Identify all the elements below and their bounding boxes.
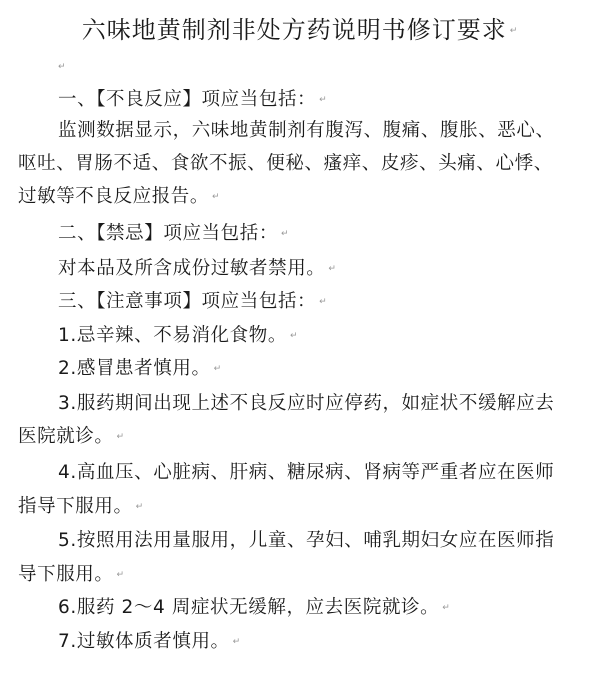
title-text: 六味地黄制剂非处方药说明书修订要求 xyxy=(82,16,507,44)
paragraph-mark-icon: ↵ xyxy=(214,364,222,374)
heading-text: 一、【不良反应】项应当包括： xyxy=(58,89,316,110)
paragraph-mark-icon: ↵ xyxy=(319,297,327,307)
line-text: 过敏等不良反应报告。 xyxy=(18,186,209,207)
document-title: 六味地黄制剂非处方药说明书修订要求↵ xyxy=(0,12,600,49)
paragraph-mark-icon: ↵ xyxy=(117,570,125,580)
body-line: 呕吐、胃肠不适、食欲不振、便秘、瘙痒、皮疹、头痛、心悸、 xyxy=(18,151,588,177)
line-text: 对本品及所含成份过敏者禁用。 xyxy=(58,258,325,279)
line-text: 6.服药 2～4 周症状无缓解，应去医院就诊。 xyxy=(58,597,439,618)
body-line: 过敏等不良反应报告。↵ xyxy=(18,184,588,210)
precaution-item-3: 3.服药期间出现上述不良反应时应停药，如症状不缓解应去 xyxy=(58,391,600,417)
paragraph-mark-icon: ↵ xyxy=(442,603,450,613)
body-line: 监测数据显示，六味地黄制剂有腹泻、腹痛、腹胀、恶心、 xyxy=(58,118,600,144)
section-heading-contraindications: 二、【禁忌】项应当包括：↵ xyxy=(58,221,600,247)
precaution-item-7: 7.过敏体质者慎用。↵ xyxy=(58,629,600,655)
precaution-item-1: 1.忌辛辣、不易消化食物。↵ xyxy=(58,323,600,349)
section-heading-adverse-reactions: 一、【不良反应】项应当包括：↵ xyxy=(58,87,600,113)
paragraph-mark-icon: ↵ xyxy=(58,62,66,72)
paragraph-mark-icon: ↵ xyxy=(328,264,336,274)
paragraph-mark-icon: ↵ xyxy=(319,95,327,105)
precaution-item-4: 4.高血压、心脏病、肝病、糖尿病、肾病等严重者应在医师 xyxy=(58,460,600,486)
heading-text: 二、【禁忌】项应当包括： xyxy=(58,223,278,244)
precaution-item-6: 6.服药 2～4 周症状无缓解，应去医院就诊。↵ xyxy=(58,595,600,621)
paragraph-mark-icon: ↵ xyxy=(212,192,220,202)
body-line: 对本品及所含成份过敏者禁用。↵ xyxy=(58,256,600,282)
precaution-item-5: 5.按照用法用量服用，儿童、孕妇、哺乳期妇女应在医师指 xyxy=(58,528,600,554)
line-text: 2.感冒患者慎用。 xyxy=(58,358,211,379)
paragraph-mark-icon: ↵ xyxy=(281,229,289,239)
paragraph-mark-icon: ↵ xyxy=(510,26,519,36)
paragraph-mark-icon: ↵ xyxy=(233,637,241,647)
section-heading-precautions: 三、【注意事项】项应当包括：↵ xyxy=(58,289,600,315)
line-text: 1.忌辛辣、不易消化食物。 xyxy=(58,325,287,346)
heading-text: 三、【注意事项】项应当包括： xyxy=(58,291,316,312)
line-text: 医院就诊。 xyxy=(18,426,114,447)
paragraph-mark-icon: ↵ xyxy=(117,432,125,442)
line-text: 7.过敏体质者慎用。 xyxy=(58,631,230,652)
precaution-item-4-cont: 指导下服用。↵ xyxy=(18,494,588,520)
paragraph-mark-icon: ↵ xyxy=(290,331,298,341)
precaution-item-5-cont: 导下服用。↵ xyxy=(18,562,588,588)
precaution-item-2: 2.感冒患者慎用。↵ xyxy=(58,356,600,382)
line-text: 指导下服用。 xyxy=(18,496,133,517)
paragraph-mark-icon: ↵ xyxy=(136,502,144,512)
line-text: 导下服用。 xyxy=(18,564,114,585)
precaution-item-3-cont: 医院就诊。↵ xyxy=(18,424,588,450)
